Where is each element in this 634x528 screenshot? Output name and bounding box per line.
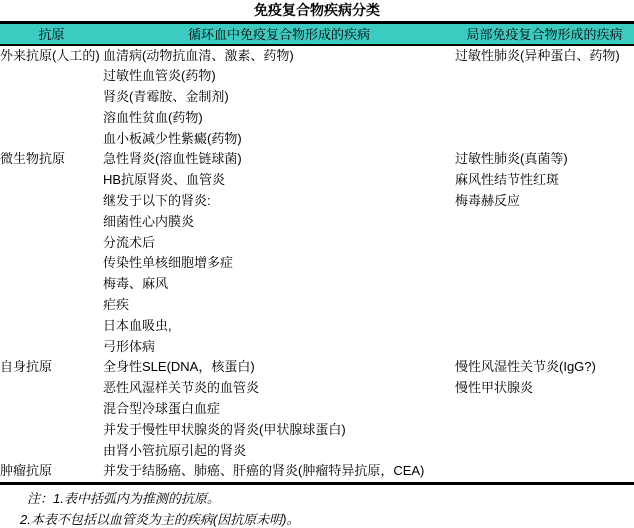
local-disease-cell [455, 399, 634, 420]
antigen-cell: 肿瘤抗原 [0, 461, 103, 483]
table-row: 自身抗原 全身性SLE(DNA，核蛋白) 慢性风湿性关节炎(IgG?) [0, 357, 634, 378]
local-disease-cell: 慢性风湿性关节炎(IgG?) [455, 357, 634, 378]
notes: 注：1.表中括弧内为推测的抗原。 2.本表不包括以血管炎为主的疾病(因抗原未明)… [0, 488, 634, 528]
local-disease-cell [455, 337, 634, 358]
circulating-disease-cell: 并发于结肠癌、肺癌、肝癌的肾炎(肿瘤特异抗原，CEA) [103, 461, 455, 483]
header-cell-local: 局部免疫复合物形成的疾病 [455, 23, 634, 45]
note-line: 2.本表不包括以血管炎为主的疾病(因抗原未明)。 [0, 509, 634, 528]
local-disease-cell [455, 274, 634, 295]
antigen-cell: 自身抗原 [0, 357, 103, 461]
table-header-row: 抗原 循环血中免疫复合物形成的疾病 局部免疫复合物形成的疾病 [0, 23, 634, 45]
circulating-disease-cell: 并发于慢性甲状腺炎的肾炎(甲状腺球蛋白) [103, 420, 455, 441]
local-disease-cell [455, 461, 634, 483]
circulating-disease-cell: 细菌性心内膜炎 [103, 212, 455, 233]
local-disease-cell [455, 87, 634, 108]
circulating-disease-cell: 弓形体病 [103, 337, 455, 358]
circulating-disease-cell: 分流术后 [103, 233, 455, 254]
circulating-disease-cell: 过敏性血管炎(药物) [103, 66, 455, 87]
circulating-disease-cell: 由肾小管抗原引起的肾炎 [103, 441, 455, 462]
page-title: 免疫复合物疾病分类 [0, 0, 634, 21]
circulating-disease-cell: 全身性SLE(DNA，核蛋白) [103, 357, 455, 378]
circulating-disease-cell: 血小板减少性紫癜(药物) [103, 129, 455, 150]
circulating-disease-cell: 传染性单核细胞增多症 [103, 253, 455, 274]
local-disease-cell [455, 212, 634, 233]
local-disease-cell: 麻风性结节性红斑 [455, 170, 634, 191]
table-body: 外来抗原(人工的) 血清病(动物抗血清、激素、药物) 过敏性肺炎(异种蛋白、药物… [0, 45, 634, 484]
local-disease-cell [455, 253, 634, 274]
circulating-disease-cell: 血清病(动物抗血清、激素、药物) [103, 45, 455, 67]
circulating-disease-cell: 恶性风湿样关节炎的血管炎 [103, 378, 455, 399]
local-disease-cell: 慢性甲状腺炎 [455, 378, 634, 399]
classification-table: 抗原 循环血中免疫复合物形成的疾病 局部免疫复合物形成的疾病 外来抗原(人工的)… [0, 21, 634, 485]
antigen-cell: 微生物抗原 [0, 149, 103, 357]
local-disease-cell [455, 108, 634, 129]
table-row: 微生物抗原 急性肾炎(溶血性链球菌) 过敏性肺炎(真菌等) [0, 149, 634, 170]
circulating-disease-cell: 疟疾 [103, 295, 455, 316]
local-disease-cell [455, 129, 634, 150]
local-disease-cell [455, 316, 634, 337]
table-row: 肿瘤抗原 并发于结肠癌、肺癌、肝癌的肾炎(肿瘤特异抗原，CEA) [0, 461, 634, 483]
circulating-disease-cell: 梅毒、麻风 [103, 274, 455, 295]
local-disease-cell: 过敏性肺炎(真菌等) [455, 149, 634, 170]
note-line: 注：1.表中括弧内为推测的抗原。 [0, 488, 634, 509]
circulating-disease-cell: 日本血吸虫, [103, 316, 455, 337]
local-disease-cell [455, 66, 634, 87]
circulating-disease-cell: 继发于以下的肾炎: [103, 191, 455, 212]
circulating-disease-cell: HB抗原肾炎、血管炎 [103, 170, 455, 191]
page: 免疫复合物疾病分类 抗原 循环血中免疫复合物形成的疾病 局部免疫复合物形成的疾病… [0, 0, 634, 528]
local-disease-cell: 梅毒赫反应 [455, 191, 634, 212]
local-disease-cell [455, 295, 634, 316]
circulating-disease-cell: 急性肾炎(溶血性链球菌) [103, 149, 455, 170]
local-disease-cell [455, 441, 634, 462]
local-disease-cell [455, 233, 634, 254]
local-disease-cell [455, 420, 634, 441]
local-disease-cell: 过敏性肺炎(异种蛋白、药物) [455, 45, 634, 67]
antigen-cell: 外来抗原(人工的) [0, 45, 103, 150]
header-cell-circulating: 循环血中免疫复合物形成的疾病 [103, 23, 455, 45]
circulating-disease-cell: 肾炎(青霉胺、金制剂) [103, 87, 455, 108]
table-row: 外来抗原(人工的) 血清病(动物抗血清、激素、药物) 过敏性肺炎(异种蛋白、药物… [0, 45, 634, 67]
circulating-disease-cell: 溶血性贫血(药物) [103, 108, 455, 129]
circulating-disease-cell: 混合型冷球蛋白血症 [103, 399, 455, 420]
header-cell-antigen: 抗原 [0, 23, 103, 45]
